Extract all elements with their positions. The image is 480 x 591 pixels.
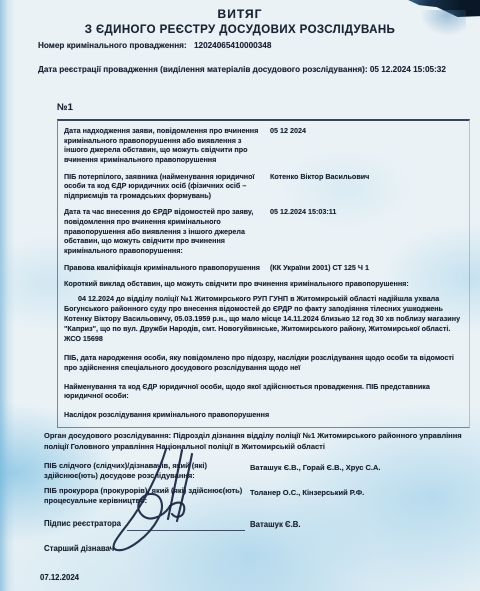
title-line1: ВИТЯГ <box>0 7 480 21</box>
table-row: ПІБ потерпілого, заявника (найменування … <box>64 172 462 201</box>
signature-line <box>127 530 245 531</box>
legal-entity-label: Найменування та код ЄДР юридичної особи,… <box>64 382 462 401</box>
registry-table: Дата надходження заяви, повідомлення про… <box>57 119 470 428</box>
case-number-value: 12024065410000348 <box>194 41 271 50</box>
registration-date-label: Дата реєстрації провадження (виділення м… <box>38 65 368 74</box>
row-label: Дата та час внесення до ЄРДР відомостей … <box>64 207 260 255</box>
table-row: Дата та час внесення до ЄРДР відомостей … <box>64 207 462 255</box>
title-line2: З ЄДИНОГО РЕЄСТРУ ДОСУДОВИХ РОЗСЛІДУВАНЬ <box>0 24 480 36</box>
table-row: Правова кваліфікація кримінального право… <box>64 263 462 273</box>
record-number: №1 <box>57 102 73 113</box>
registration-date-line: Дата реєстрації провадження (виділення м… <box>38 64 474 77</box>
summary-text: 04 12.2024 до відділу поліції №1 Житомир… <box>64 294 462 344</box>
investigation-authority: Орган досудового розслідування: Підрозді… <box>44 431 476 453</box>
row-value: 05 12 2024 <box>270 126 460 165</box>
investigators-label: ПІБ слідчого (слідчих)/дізнавачів, який … <box>44 461 248 481</box>
document-date: 07.12.2024 <box>40 573 79 582</box>
outcome-label: Наслідок розслідування кримінального пра… <box>64 410 274 420</box>
document-title: ВИТЯГ З ЄДИНОГО РЕЄСТРУ ДОСУДОВИХ РОЗСЛІ… <box>0 7 480 36</box>
registrar-name: Ваташук Є.В. <box>250 520 301 529</box>
row-label: Дата надходження заяви, повідомлення про… <box>64 126 260 165</box>
suspect-label: ПІБ, дата народження особи, яку повідомл… <box>64 353 462 372</box>
prosecutors-names: Толанер О.С., Кінзерський Р.Ф. <box>250 488 364 497</box>
row-value: 05 12.2024 15:03:11 <box>270 207 460 255</box>
prosecutors-label: ПІБ прокурора (прокурорів), який (які) з… <box>44 486 248 506</box>
row-label: ПІБ потерпілого, заявника (найменування … <box>64 172 260 201</box>
table-row: Дата надходження заяви, повідомлення про… <box>64 126 462 165</box>
row-value: (КК України 2001) СТ 125 Ч 1 <box>270 263 460 273</box>
summary-label: Короткий виклад обставин, що можуть свід… <box>64 279 462 289</box>
row-label: Правова кваліфікація кримінального право… <box>64 263 260 273</box>
registration-date-value: 05 12.2024 15:05:32 <box>370 65 446 74</box>
row-value: Котенко Віктор Васильович <box>270 172 460 201</box>
case-number-line: Номер кримінального провадження: 1202406… <box>38 41 271 50</box>
scanned-document-page: ВИТЯГ З ЄДИНОГО РЕЄСТРУ ДОСУДОВИХ РОЗСЛІ… <box>0 0 480 591</box>
case-number-label: Номер кримінального провадження: <box>38 41 187 50</box>
investigators-names: Ваташук Є.В., Горай Є.В., Хрус С.А. <box>250 463 381 472</box>
registrar-title: Старший дізнавач <box>44 544 114 553</box>
